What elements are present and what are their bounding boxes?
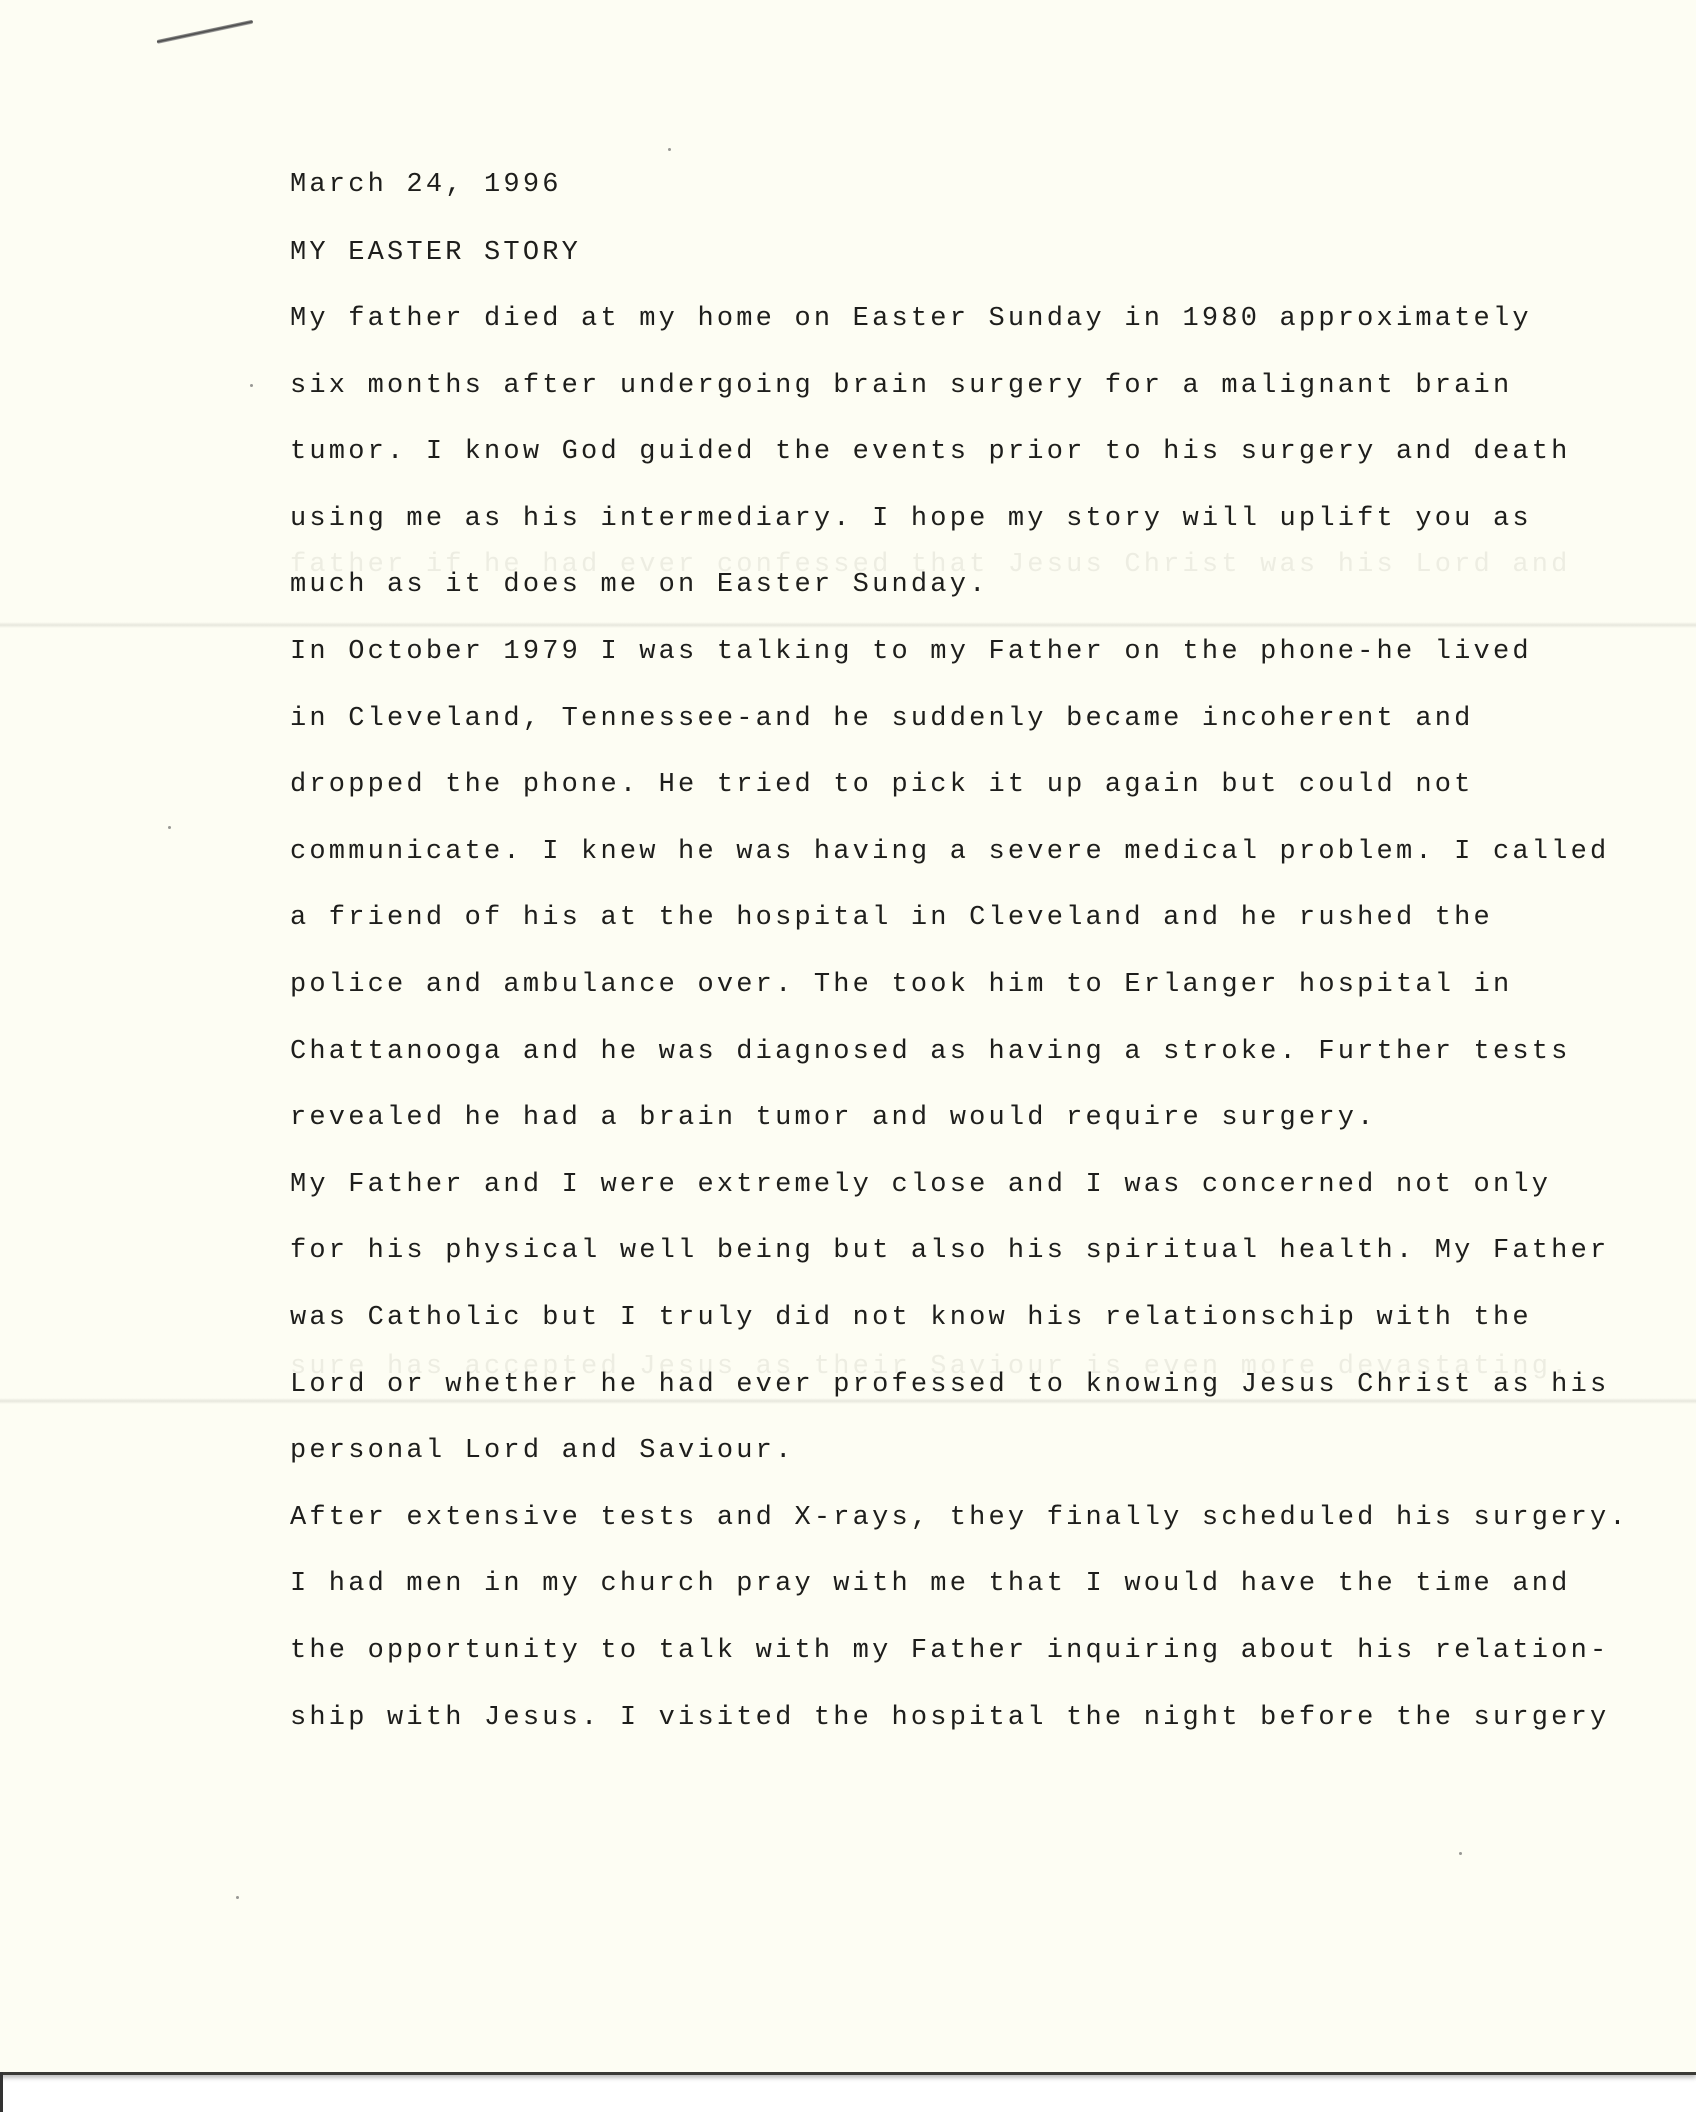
letter-line: After extensive tests and X-rays, they f… <box>290 1501 1629 1535</box>
letter-line: personal Lord and Saviour. <box>290 1434 794 1468</box>
letter-line: using me as his intermediary. I hope my … <box>290 502 1532 536</box>
letter-line: six months after undergoing brain surger… <box>290 369 1512 403</box>
letter-page: father if he had ever confessed that Jes… <box>0 0 1696 2075</box>
letter-line: revealed he had a brain tumor and would … <box>290 1101 1377 1135</box>
speck <box>668 148 671 151</box>
letter-line: much as it does me on Easter Sunday. <box>290 568 989 602</box>
letter-line: communicate. I knew he was having a seve… <box>290 835 1609 869</box>
letter-line: tumor. I know God guided the events prio… <box>290 435 1571 469</box>
speck <box>168 826 171 829</box>
letter-line: Lord or whether he had ever professed to… <box>290 1368 1609 1402</box>
letter-line: Chattanooga and he was diagnosed as havi… <box>290 1035 1571 1069</box>
letter-line: My father died at my home on Easter Sund… <box>290 302 1532 336</box>
speck <box>236 1896 239 1899</box>
speck <box>1459 1852 1462 1855</box>
paper-fold <box>0 622 1696 628</box>
letter-line: for his physical well being but also his… <box>290 1234 1609 1268</box>
letter-line: In October 1979 I was talking to my Fath… <box>290 635 1532 669</box>
letter-line: a friend of his at the hospital in Cleve… <box>290 901 1493 935</box>
scan-edge <box>0 2072 3 2112</box>
letter-line: I had men in my church pray with me that… <box>290 1567 1571 1601</box>
letter-date: March 24, 1996 <box>290 168 562 202</box>
letter-line: police and ambulance over. The took him … <box>290 968 1512 1002</box>
speck <box>250 384 253 387</box>
letter-title: MY EASTER STORY <box>290 236 581 270</box>
letter-line: the opportunity to talk with my Father i… <box>290 1634 1609 1668</box>
staple-mark <box>157 20 254 44</box>
letter-line: dropped the phone. He tried to pick it u… <box>290 768 1474 802</box>
letter-line: in Cleveland, Tennessee-and he suddenly … <box>290 702 1474 736</box>
letter-line: ship with Jesus. I visited the hospital … <box>290 1701 1609 1735</box>
letter-line: was Catholic but I truly did not know hi… <box>290 1301 1532 1335</box>
letter-line: My Father and I were extremely close and… <box>290 1168 1551 1202</box>
